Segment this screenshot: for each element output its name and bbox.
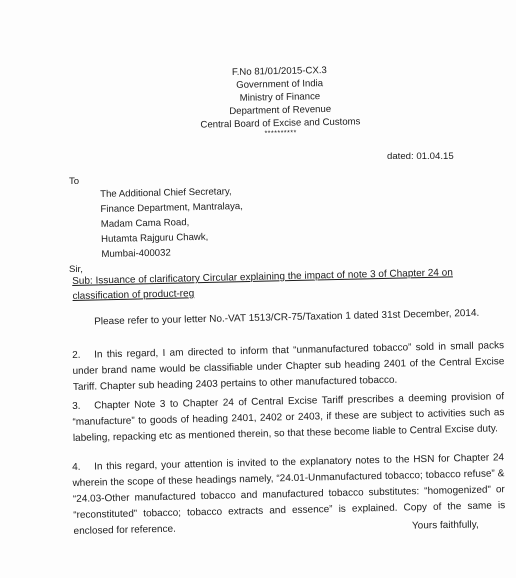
address-line: Finance Department, Mantralaya,: [100, 199, 243, 217]
letter-date: dated: 01.04.15: [387, 151, 454, 163]
paragraph-1: Please refer to your letter No.-VAT 1513…: [72, 305, 504, 331]
paragraph-number: 4.: [72, 460, 94, 476]
paragraph-2: 2.In this regard, I am directed to infor…: [72, 338, 505, 396]
subject-line: Sub: Issuance of clarificatory Circular …: [72, 264, 503, 304]
paragraph-3: 3.Chapter Note 3 to Chapter 24 of Centra…: [72, 389, 505, 447]
paragraph-text: Please refer to your letter No.-VAT 1513…: [94, 308, 479, 328]
signoff: Yours faithfully,: [412, 519, 479, 533]
paragraph-text: Chapter Note 3 to Chapter 24 of Central …: [72, 391, 504, 444]
paragraph-number: 3.: [72, 399, 94, 415]
recipient-address: The Additional Chief Secretary, Finance …: [100, 184, 244, 262]
paragraph-number: 2.: [72, 348, 94, 364]
scanned-letter-page: F.No 81/01/2015-CX.3 Government of India…: [0, 0, 516, 578]
to-label: To: [69, 176, 79, 188]
letter-header: F.No 81/01/2015-CX.3 Government of India…: [179, 63, 380, 140]
address-line: Mumbai-400032: [101, 244, 244, 262]
paragraph-text: In this regard, I am directed to inform …: [72, 340, 504, 393]
